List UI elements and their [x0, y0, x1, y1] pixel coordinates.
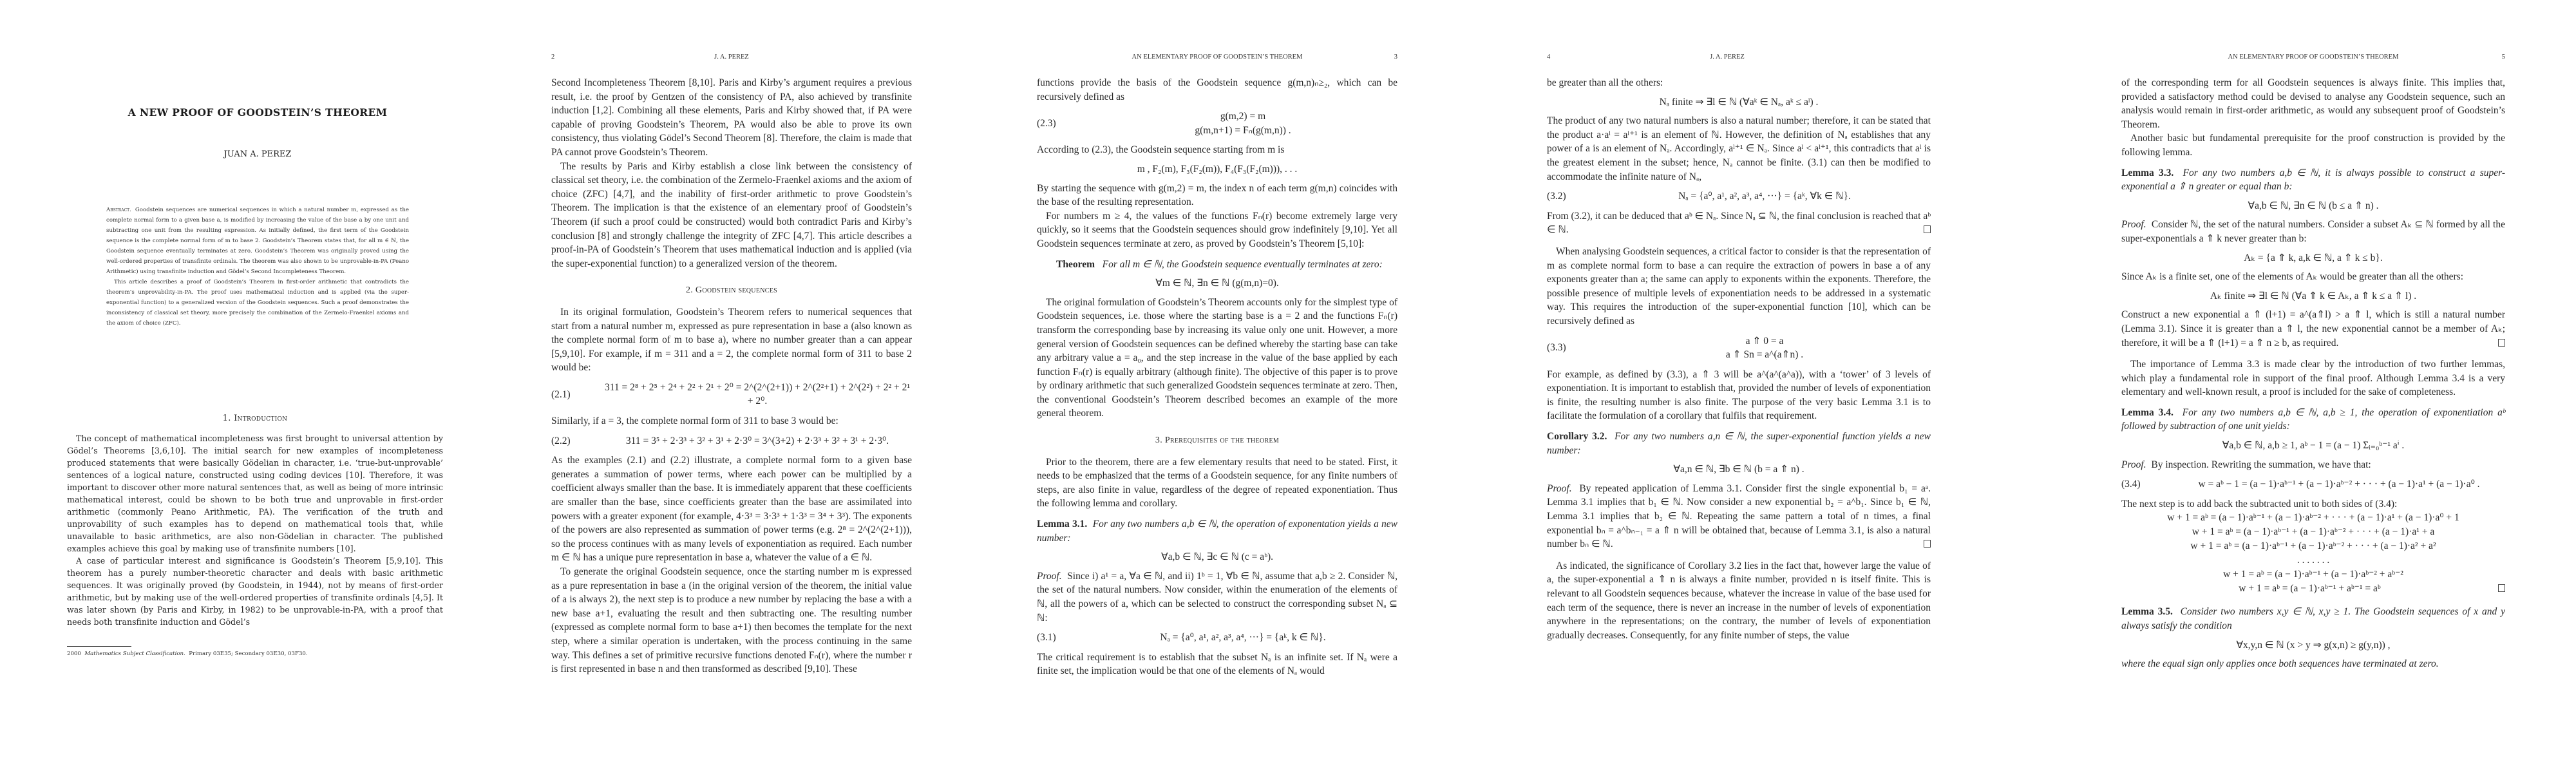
- lemma-3-3: Lemma 3.3. For any two numbers a,b ∈ ℕ, …: [2121, 166, 2505, 194]
- paragraph: The results by Paris and Kirby establish…: [551, 160, 912, 271]
- lemma-3-5: Lemma 3.5. Consider two numbers x,y ∈ ℕ,…: [2121, 605, 2505, 633]
- paragraph: The importance of Lemma 3.3 is made clea…: [2121, 358, 2505, 399]
- page-4-body: be greater than all the others: Nₐ finit…: [1547, 76, 1931, 642]
- footnote-divider: [67, 646, 131, 647]
- paragraph: Similarly, if a = 3, the complete normal…: [551, 414, 912, 428]
- paragraph: For example, as defined by (3.3), a ⇑ 3 …: [1547, 368, 1931, 423]
- intro-paragraph-2: A case of particular interest and signif…: [67, 555, 443, 628]
- page-number: 3: [1394, 53, 1397, 61]
- paragraph: The original formulation of Goodstein’s …: [1037, 296, 1397, 421]
- paragraph: For numbers m ≥ 4, the values of the fun…: [1037, 209, 1397, 251]
- paragraph: Second Incompleteness Theorem [8,10]. Pa…: [551, 76, 912, 160]
- paragraph: As the examples (2.1) and (2.2) illustra…: [551, 453, 912, 565]
- paper-author: JUAN A. PEREZ: [77, 149, 438, 159]
- lemma-3-1-formula: ∀a,b ∈ ℕ, ∃c ∈ ℕ (c = aᵇ).: [1037, 550, 1397, 564]
- derivation-steps: w + 1 = aᵇ = (a − 1)·aᵇ⁻¹ + (a − 1)·aᵇ⁻²…: [2121, 511, 2505, 596]
- equation-3-2: (3.2) Nₐ = {a⁰, a¹, a², a³, a⁴, ···} = {…: [1547, 189, 1931, 204]
- equation-2-2: (2.2) 311 = 3⁵ + 2·3³ + 3² + 3¹ + 2·3⁰ =…: [551, 434, 912, 448]
- paragraph: From (3.2), it can be deduced that aᵇ ∈ …: [1547, 209, 1931, 237]
- footnote-msc: 2000 Mathematics Subject Classification.…: [67, 651, 453, 657]
- equation-3-4: (3.4) w = aᵇ − 1 = (a − 1)·aᵇ⁻¹ + (a − 1…: [2121, 477, 2505, 491]
- paragraph: Construct a new exponential a ⇑ (l+1) = …: [2121, 308, 2505, 350]
- lemma-3-4: Lemma 3.4. For any two numbers a,b ∈ ℕ, …: [2121, 406, 2505, 434]
- ak-finite-formula: Aₖ finite ⇒ ∃l ∈ ℕ (∀a ⇑ k ∈ Aₖ, a ⇑ k ≤…: [2121, 289, 2505, 303]
- paragraph: Since Aₖ is a finite set, one of the ele…: [2121, 270, 2505, 284]
- paragraph: of the corresponding term for all Goodst…: [2121, 76, 2505, 131]
- paragraph: As indicated, the significance of Coroll…: [1547, 559, 1931, 643]
- section-heading-prerequisites: 3. Prerequisites of the theorem: [1037, 434, 1397, 448]
- paragraph: Another basic but fundamental prerequisi…: [2121, 131, 2505, 159]
- proof-lemma-3-1: Proof. Since i) a¹ = a, ∀a ∈ ℕ, and ii) …: [1037, 569, 1397, 625]
- paragraph: The next step is to add back the subtrac…: [2121, 497, 2505, 511]
- corollary-3-2: Corollary 3.2. For any two numbers a,n ∈…: [1547, 430, 1931, 457]
- running-title: J. A. PEREZ: [1547, 53, 1908, 61]
- page-1: A NEW PROOF OF GOODSTEIN’S THEOREM JUAN …: [0, 0, 515, 773]
- paragraph: The critical requirement is to establish…: [1037, 651, 1397, 678]
- qed-square-icon: [2498, 339, 2505, 347]
- qed-square-icon: [2498, 584, 2505, 592]
- qed-square-icon: [1924, 540, 1931, 548]
- paragraph: When analysing Goodstein sequences, a cr…: [1547, 245, 1931, 329]
- paragraph: By starting the sequence with g(m,2) = m…: [1037, 182, 1397, 209]
- proof-corollary-3-2: Proof. By repeated application of Lemma …: [1547, 482, 1931, 551]
- finite-implication-formula: Nₐ finite ⇒ ∃l ∈ ℕ (∀aᵏ ∈ Nₐ, aᵏ ≤ aˡ) .: [1547, 95, 1931, 110]
- page-3-body: functions provide the basis of the Goods…: [1037, 76, 1397, 678]
- derivation-step: . . . . . . .: [2121, 553, 2505, 568]
- section-heading-introduction: 1. Introduction: [67, 412, 443, 425]
- abstract-label: Abstract.: [106, 207, 131, 213]
- page-number: 5: [2502, 53, 2505, 61]
- derivation-step: w + 1 = aᵇ = (a − 1)·aᵇ⁻¹ + (a − 1)·aᵇ⁻²…: [2121, 525, 2505, 539]
- paragraph: functions provide the basis of the Goods…: [1037, 76, 1397, 104]
- running-title: J. A. PEREZ: [551, 53, 912, 61]
- running-title: AN ELEMENTARY PROOF OF GOODSTEIN’S THEOR…: [1037, 53, 1397, 61]
- running-title: AN ELEMENTARY PROOF OF GOODSTEIN’S THEOR…: [2121, 53, 2505, 61]
- page-2: 2 J. A. PEREZ Second Incompleteness Theo…: [515, 0, 1030, 773]
- paragraph: According to (2.3), the Goodstein sequen…: [1037, 143, 1397, 157]
- qed-square-icon: [1924, 225, 1931, 233]
- abstract-paragraph-1: Goodstein sequences are numerical sequen…: [106, 207, 409, 275]
- page-3: AN ELEMENTARY PROOF OF GOODSTEIN’S THEOR…: [1030, 0, 1546, 773]
- lemma-3-1: Lemma 3.1. For any two numbers a,b ∈ ℕ, …: [1037, 517, 1397, 545]
- paragraph: To generate the original Goodstein seque…: [551, 565, 912, 676]
- paragraph: In its original formulation, Goodstein’s…: [551, 305, 912, 375]
- proof-lemma-3-4: Proof. By inspection. Rewriting the summ…: [2121, 458, 2505, 472]
- equation-3-3: (3.3) a ⇑ 0 = a a ⇑ Sn = a^(a⇑n) .: [1547, 334, 1931, 362]
- abstract-paragraph-2: This article describes a proof of Goodst…: [106, 277, 409, 329]
- proof-lemma-3-3: Proof. Consider ℕ, the set of the natura…: [2121, 218, 2505, 245]
- lemma-3-3-formula: ∀a,b ∈ ℕ, ∃n ∈ ℕ (b ≤ a ⇑ n) .: [2121, 199, 2505, 213]
- derivation-step: w + 1 = aᵇ = (a − 1)·aᵇ⁻¹ + aᵇ⁻¹ = aᵇ: [2121, 582, 2505, 596]
- goodstein-theorem-statement: Theorem For all m ∈ ℕ, the Goodstein seq…: [1037, 258, 1397, 272]
- derivation-step: w + 1 = aᵇ = (a − 1)·aᵇ⁻¹ + (a − 1)·aᵇ⁻²…: [2121, 539, 2505, 553]
- derivation-step: w + 1 = aᵇ = (a − 1)·aᵇ⁻¹ + (a − 1)·aᵇ⁻²…: [2121, 568, 2505, 582]
- sequence-formula: m , F₂(m), F₃(F₂(m)), F₄(F₃(F₂(m))), . .…: [1037, 162, 1397, 177]
- paper-title: A NEW PROOF OF GOODSTEIN’S THEOREM: [77, 106, 438, 119]
- intro-paragraph-1: The concept of mathematical incompletene…: [67, 432, 443, 555]
- set-ak-formula: Aₖ = {a ⇑ k, a,k ∈ ℕ, a ⇑ k ≤ b}.: [2121, 251, 2505, 265]
- page-5: AN ELEMENTARY PROOF OF GOODSTEIN’S THEOR…: [2061, 0, 2576, 773]
- corollary-formula: ∀a,n ∈ ℕ, ∃b ∈ ℕ (b = a ⇑ n) .: [1547, 463, 1931, 477]
- paragraph: The product of any two natural numbers i…: [1547, 114, 1931, 184]
- lemma-3-4-formula: ∀a,b ∈ ℕ, a,b ≥ 1, aᵇ − 1 = (a − 1) Σᵢ₌₀…: [2121, 439, 2505, 453]
- equation-2-1: (2.1) 311 = 2⁸ + 2⁵ + 2⁴ + 2² + 2¹ + 2⁰ …: [551, 381, 912, 408]
- paragraph: be greater than all the others:: [1547, 76, 1931, 90]
- abstract: Abstract.Goodstein sequences are numeric…: [106, 205, 409, 329]
- lemma-3-5-tail: where the equal sign only applies once b…: [2121, 657, 2505, 671]
- page-2-body: Second Incompleteness Theorem [8,10]. Pa…: [551, 76, 912, 676]
- derivation-step: w + 1 = aᵇ = (a − 1)·aᵇ⁻¹ + (a − 1)·aᵇ⁻²…: [2121, 511, 2505, 525]
- introduction-section: 1. Introduction The concept of mathemati…: [67, 399, 443, 628]
- page-5-body: of the corresponding term for all Goodst…: [2121, 76, 2505, 671]
- equation-3-1: (3.1) Nₐ = {a⁰, a¹, a², a³, a⁴, ···} = {…: [1037, 631, 1397, 645]
- section-heading-goodstein-sequences: 2. Goodstein sequences: [551, 283, 912, 298]
- theorem-formula: ∀m ∈ ℕ, ∃n ∈ ℕ (g(m,n)=0).: [1037, 276, 1397, 291]
- equation-2-3: (2.3) g(m,2) = m g(m,n+1) = Fₙ(g(m,n)) .: [1037, 110, 1397, 137]
- page-4: 4 J. A. PEREZ be greater than all the ot…: [1546, 0, 2061, 773]
- lemma-3-5-formula: ∀x,y,n ∈ ℕ (x > y ⇒ g(x,n) ≥ g(y,n)) ,: [2121, 638, 2505, 653]
- paragraph: Prior to the theorem, there are a few el…: [1037, 455, 1397, 511]
